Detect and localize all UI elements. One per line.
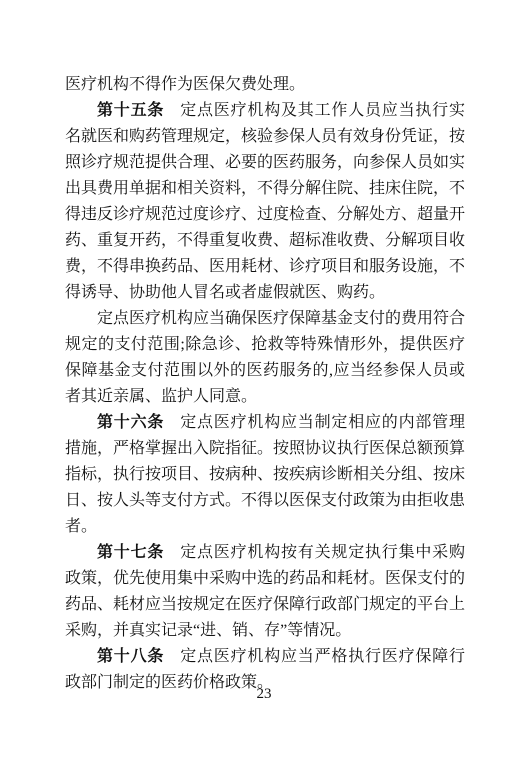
paragraph: 第十七条定点医疗机构按有关规定执行集中采购政策，优先使用集中采购中选的药品和耗材… [65,540,465,644]
document-page: 医疗机构不得作为医保欠费处理。 第十五条定点医疗机构及其工作人员应当执行实名就医… [0,0,528,767]
article-number: 第十六条 [97,414,164,431]
page-number: 23 [0,684,528,704]
paragraph-text: 定点医疗机构应当制定相应的内部管理措施，严格掌握出入院指征。按照协议执行医保总额… [65,414,465,535]
paragraph-text: 定点医疗机构应当确保医疗保障基金支付的费用符合规定的支付范围;除急诊、抢救等特殊… [65,310,465,405]
paragraph: 医疗机构不得作为医保欠费处理。 [65,72,465,98]
paragraph-text: 医疗机构不得作为医保欠费处理。 [65,76,305,93]
article-number: 第十八条 [97,648,164,665]
document-body: 医疗机构不得作为医保欠费处理。 第十五条定点医疗机构及其工作人员应当执行实名就医… [65,72,465,696]
article-number: 第十七条 [97,544,164,561]
paragraph: 定点医疗机构应当确保医疗保障基金支付的费用符合规定的支付范围;除急诊、抢救等特殊… [65,306,465,410]
article-number: 第十五条 [97,102,164,119]
paragraph: 第十六条定点医疗机构应当制定相应的内部管理措施，严格掌握出入院指征。按照协议执行… [65,410,465,540]
paragraph-text: 定点医疗机构及其工作人员应当执行实名就医和购药管理规定，核验参保人员有效身份凭证… [65,102,465,301]
paragraph: 第十五条定点医疗机构及其工作人员应当执行实名就医和购药管理规定，核验参保人员有效… [65,98,465,306]
